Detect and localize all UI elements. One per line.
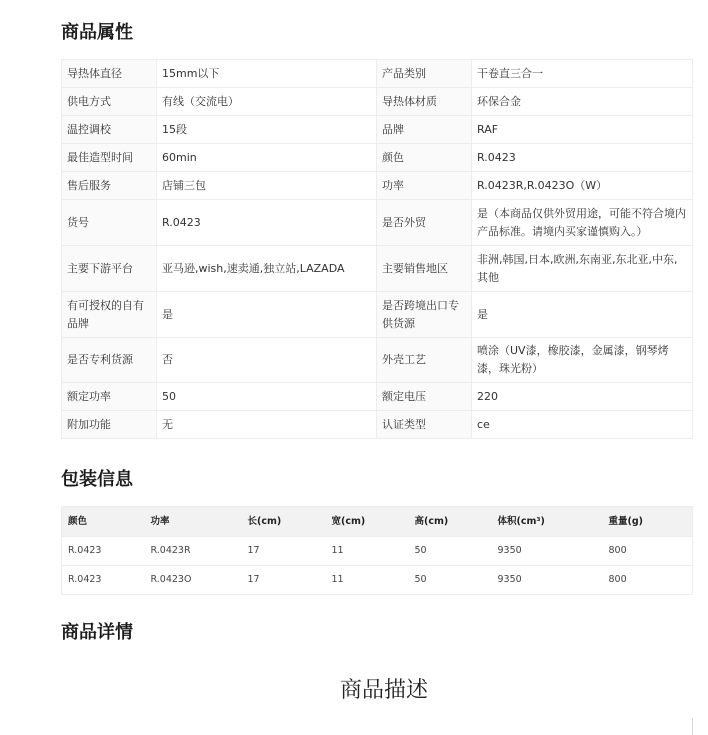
attribute-value: ce [472, 411, 693, 439]
cell-power: R.0423O [145, 566, 242, 595]
attribute-key: 额定功率 [62, 383, 157, 411]
column-header-weight: 重量(g) [603, 507, 693, 537]
attribute-value: 是 [472, 292, 693, 338]
attribute-value: 60min [157, 144, 377, 172]
attribute-row: 是否专利货源 否 外壳工艺 喷涂（UV漆，橡胶漆，金属漆，钢琴烤漆，珠光粉） [62, 338, 693, 383]
attribute-row: 最佳造型时间 60min 颜色 R.0423 [62, 144, 693, 172]
packaging-row: R.0423 R.0423O 17 11 50 9350 800 [62, 566, 693, 595]
section-title-attributes: 商品属性 [61, 21, 133, 45]
attribute-key: 有可授权的自有品牌 [62, 292, 157, 338]
packaging-table: 颜色 功率 长(cm) 宽(cm) 高(cm) 体积(cm³) 重量(g) R.… [61, 506, 693, 595]
cell-length: 17 [242, 537, 326, 566]
attribute-row: 有可授权的自有品牌 是 是否跨境出口专供货源 是 [62, 292, 693, 338]
description-heading: 商品描述 [0, 676, 708, 706]
attribute-value: 亚马逊,wish,速卖通,独立站,LAZADA [157, 246, 377, 292]
cell-color: R.0423 [62, 537, 145, 566]
attribute-key: 导热体直径 [62, 60, 157, 88]
cell-volume: 9350 [492, 537, 603, 566]
attribute-key: 是否跨境出口专供货源 [377, 292, 472, 338]
attribute-key: 功率 [377, 172, 472, 200]
attribute-value: 否 [157, 338, 377, 383]
attribute-row: 售后服务 店铺三包 功率 R.0423R,R.0423O（W） [62, 172, 693, 200]
attribute-key: 产品类别 [377, 60, 472, 88]
content-frame-edge [692, 718, 693, 735]
attribute-row: 导热体直径 15mm以下 产品类别 干卷直三合一 [62, 60, 693, 88]
attribute-key: 是否专利货源 [62, 338, 157, 383]
attribute-row: 附加功能 无 认证类型 ce [62, 411, 693, 439]
column-header-width: 宽(cm) [326, 507, 409, 537]
attribute-key: 供电方式 [62, 88, 157, 116]
attribute-value: 非洲,韩国,日本,欧洲,东南亚,东北亚,中东,其他 [472, 246, 693, 292]
attribute-key: 主要下游平台 [62, 246, 157, 292]
column-header-volume: 体积(cm³) [492, 507, 603, 537]
attribute-row: 供电方式 有线（交流电） 导热体材质 环保合金 [62, 88, 693, 116]
section-title-details: 商品详情 [61, 621, 133, 645]
cell-weight: 800 [603, 537, 693, 566]
attribute-row: 温控调校 15段 品牌 RAF [62, 116, 693, 144]
cell-length: 17 [242, 566, 326, 595]
attribute-key: 导热体材质 [377, 88, 472, 116]
attribute-value: RAF [472, 116, 693, 144]
attribute-key: 品牌 [377, 116, 472, 144]
packaging-row: R.0423 R.0423R 17 11 50 9350 800 [62, 537, 693, 566]
attribute-key: 温控调校 [62, 116, 157, 144]
cell-power: R.0423R [145, 537, 242, 566]
attribute-key: 外壳工艺 [377, 338, 472, 383]
attribute-key: 是否外贸 [377, 200, 472, 246]
packaging-header-row: 颜色 功率 长(cm) 宽(cm) 高(cm) 体积(cm³) 重量(g) [62, 507, 693, 537]
column-header-height: 高(cm) [409, 507, 492, 537]
attribute-key: 额定电压 [377, 383, 472, 411]
attribute-value: 干卷直三合一 [472, 60, 693, 88]
column-header-power: 功率 [145, 507, 242, 537]
cell-width: 11 [326, 537, 409, 566]
attribute-key: 附加功能 [62, 411, 157, 439]
attributes-table: 导热体直径 15mm以下 产品类别 干卷直三合一 供电方式 有线（交流电） 导热… [61, 59, 693, 439]
cell-weight: 800 [603, 566, 693, 595]
attribute-value: 是 [157, 292, 377, 338]
attribute-value: 喷涂（UV漆，橡胶漆，金属漆，钢琴烤漆，珠光粉） [472, 338, 693, 383]
attribute-value: R.0423 [157, 200, 377, 246]
attribute-key: 认证类型 [377, 411, 472, 439]
cell-width: 11 [326, 566, 409, 595]
attribute-value: 220 [472, 383, 693, 411]
attribute-key: 主要销售地区 [377, 246, 472, 292]
attribute-value: 15mm以下 [157, 60, 377, 88]
attribute-value: 环保合金 [472, 88, 693, 116]
attribute-value: 是（本商品仅供外贸用途，可能不符合境内产品标准。请境内买家谨慎购入。） [472, 200, 693, 246]
attribute-value: 店铺三包 [157, 172, 377, 200]
attribute-key: 颜色 [377, 144, 472, 172]
attribute-value: 无 [157, 411, 377, 439]
attribute-key: 最佳造型时间 [62, 144, 157, 172]
attribute-row: 货号 R.0423 是否外贸 是（本商品仅供外贸用途，可能不符合境内产品标准。请… [62, 200, 693, 246]
attribute-value: 有线（交流电） [157, 88, 377, 116]
attribute-key: 售后服务 [62, 172, 157, 200]
attribute-value: 15段 [157, 116, 377, 144]
attribute-row: 主要下游平台 亚马逊,wish,速卖通,独立站,LAZADA 主要销售地区 非洲… [62, 246, 693, 292]
cell-height: 50 [409, 566, 492, 595]
attribute-value: R.0423 [472, 144, 693, 172]
cell-volume: 9350 [492, 566, 603, 595]
attribute-key: 货号 [62, 200, 157, 246]
column-header-length: 长(cm) [242, 507, 326, 537]
attribute-value: 50 [157, 383, 377, 411]
cell-color: R.0423 [62, 566, 145, 595]
column-header-color: 颜色 [62, 507, 145, 537]
cell-height: 50 [409, 537, 492, 566]
section-title-packaging: 包装信息 [61, 468, 133, 492]
attribute-row: 额定功率 50 额定电压 220 [62, 383, 693, 411]
attribute-value: R.0423R,R.0423O（W） [472, 172, 693, 200]
